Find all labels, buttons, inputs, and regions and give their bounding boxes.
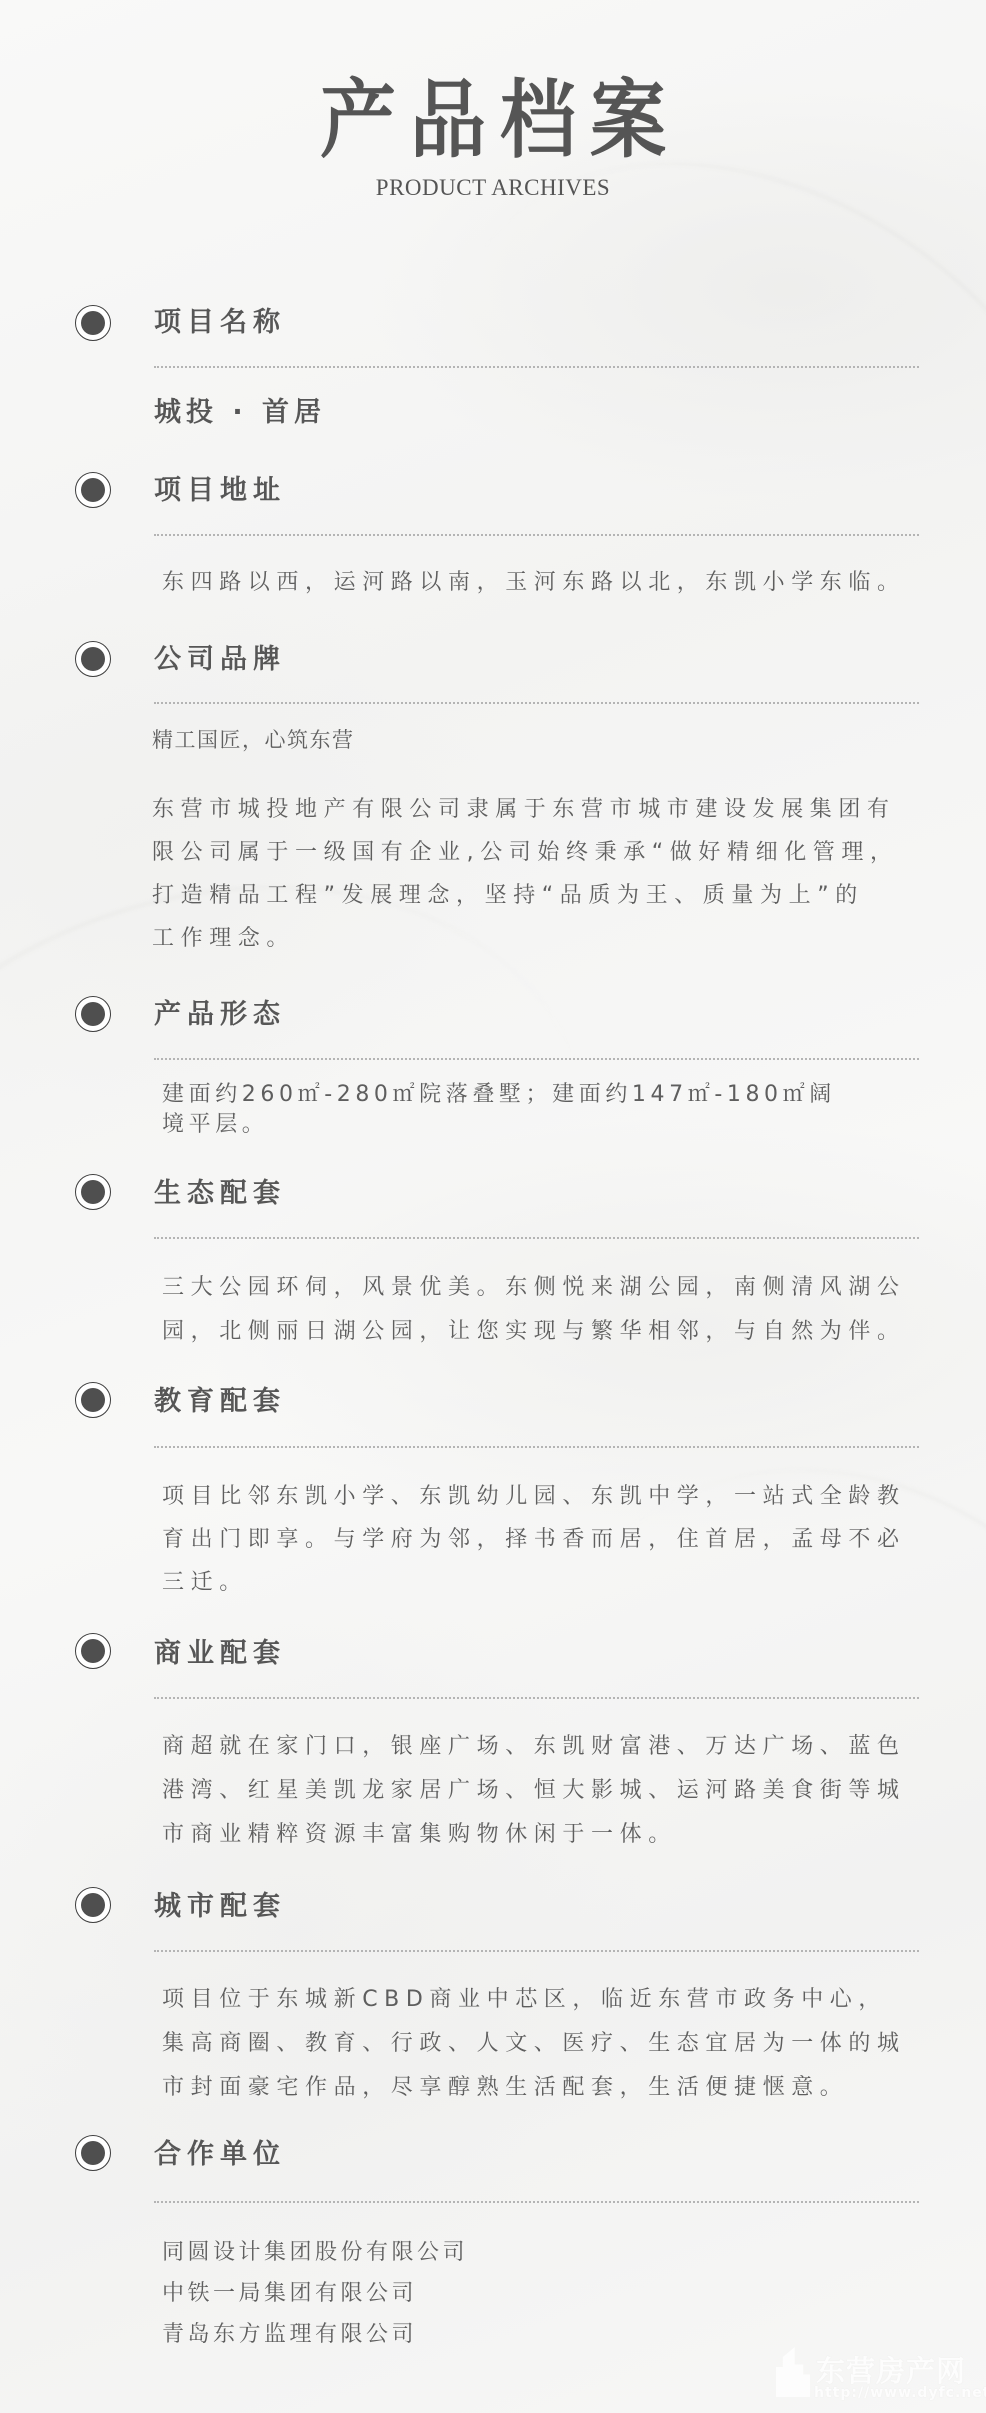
dotted-divider — [154, 1058, 919, 1060]
radio-bullet-icon — [75, 1174, 111, 1210]
dotted-divider — [154, 1697, 919, 1699]
section-heading: 商业配套 — [154, 1637, 286, 1671]
watermark-title: 东营房产网 — [816, 2349, 966, 2390]
brand-description: 东营市城投地产有限公司隶属于东营市城市建设发展集团有 限公司属于一级国有企业,公… — [152, 788, 912, 960]
dotted-divider — [154, 2201, 919, 2203]
page-subtitle: PRODUCT ARCHIVES — [0, 175, 986, 201]
text-line: 三大公园环伺，风景优美。东侧悦来湖公园，南侧清风湖公 — [162, 1266, 922, 1310]
radio-bullet-icon — [75, 641, 111, 677]
watermark-url: http://www.dyfc.net — [814, 2385, 986, 2401]
text-line: 育出门即享。与学府为邻，择书香而居，住首居，孟母不必 — [162, 1518, 922, 1561]
brand-slogan: 精工国匠，心筑东营 — [152, 725, 355, 755]
partner-item: 中铁一局集团有限公司 — [162, 2273, 922, 2314]
section-heading: 合作单位 — [154, 2138, 286, 2172]
text-line: 项目位于东城新CBD商业中芯区，临近东营市政务中心， — [162, 1978, 922, 2022]
dotted-divider — [154, 1237, 919, 1239]
dotted-divider — [154, 366, 919, 368]
text-line: 港湾、红星美凯龙家居广场、恒大影城、运河路美食街等城 — [162, 1769, 922, 1813]
section-heading: 项目地址 — [154, 474, 286, 508]
section-heading: 教育配套 — [154, 1385, 286, 1419]
radio-bullet-icon — [75, 305, 111, 341]
education-text: 项目比邻东凯小学、东凯幼儿园、东凯中学，一站式全龄教 育出门即享。与学府为邻，择… — [162, 1475, 922, 1604]
section-heading: 公司品牌 — [154, 643, 286, 677]
dotted-divider — [154, 702, 919, 704]
dotted-divider — [154, 1446, 919, 1448]
partner-item: 青岛东方监理有限公司 — [162, 2314, 922, 2355]
ecology-text: 三大公园环伺，风景优美。东侧悦来湖公园，南侧清风湖公 园，北侧丽日湖公园，让您实… — [162, 1266, 922, 1354]
city-text: 项目位于东城新CBD商业中芯区，临近东营市政务中心， 集高商圈、教育、行政、人文… — [162, 1978, 922, 2110]
radio-bullet-icon — [75, 2135, 111, 2171]
text-line: 限公司属于一级国有企业,公司始终秉承“做好精细化管理， — [152, 831, 912, 874]
text-line: 东营市城投地产有限公司隶属于东营市城市建设发展集团有 — [152, 788, 912, 831]
text-line: 商超就在家门口，银座广场、东凯财富港、万达广场、蓝色 — [162, 1725, 922, 1769]
section-heading: 项目名称 — [154, 306, 286, 340]
section-heading: 生态配套 — [154, 1177, 286, 1211]
text-line: 工作理念。 — [152, 917, 912, 960]
radio-bullet-icon — [75, 472, 111, 508]
address-text: 东四路以西，运河路以南，玉河东路以北，东凯小学东临。 — [162, 561, 922, 605]
project-name-value: 城投 · 首居 — [154, 396, 326, 430]
section-heading: 产品形态 — [154, 998, 286, 1032]
text-line: 园，北侧丽日湖公园，让您实现与繁华相邻，与自然为伴。 — [162, 1310, 922, 1354]
partners-list: 同圆设计集团股份有限公司 中铁一局集团有限公司 青岛东方监理有限公司 — [162, 2232, 922, 2355]
text-line: 集高商圈、教育、行政、人文、医疗、生态宜居为一体的城 — [162, 2022, 922, 2066]
text-line: 三迁。 — [162, 1561, 922, 1604]
text-line: 市封面豪宅作品，尽享醇熟生活配套，生活便捷惬意。 — [162, 2066, 922, 2110]
product-type-text: 建面约260㎡-280㎡院落叠墅；建面约147㎡-180㎡阔 境平层。 — [162, 1080, 922, 1140]
text-line: 市商业精粹资源丰富集购物休闲于一体。 — [162, 1813, 922, 1857]
text-line: 项目比邻东凯小学、东凯幼儿园、东凯中学，一站式全龄教 — [162, 1475, 922, 1518]
text-line: 打造精品工程”发展理念，坚持“品质为王、质量为上”的 — [152, 874, 912, 917]
section-heading: 城市配套 — [154, 1890, 286, 1924]
text-line: 建面约260㎡-280㎡院落叠墅；建面约147㎡-180㎡阔 — [162, 1080, 922, 1110]
partner-item: 同圆设计集团股份有限公司 — [162, 2232, 922, 2273]
radio-bullet-icon — [75, 1382, 111, 1418]
commerce-text: 商超就在家门口，银座广场、东凯财富港、万达广场、蓝色 港湾、红星美凯龙家居广场、… — [162, 1725, 922, 1857]
radio-bullet-icon — [75, 1887, 111, 1923]
dotted-divider — [154, 1950, 919, 1952]
page-title: 产品档案 — [0, 52, 986, 174]
radio-bullet-icon — [75, 996, 111, 1032]
dotted-divider — [154, 534, 919, 536]
text-line: 东四路以西，运河路以南，玉河东路以北，东凯小学东临。 — [162, 570, 906, 595]
radio-bullet-icon — [75, 1633, 111, 1669]
text-line: 境平层。 — [162, 1110, 922, 1140]
